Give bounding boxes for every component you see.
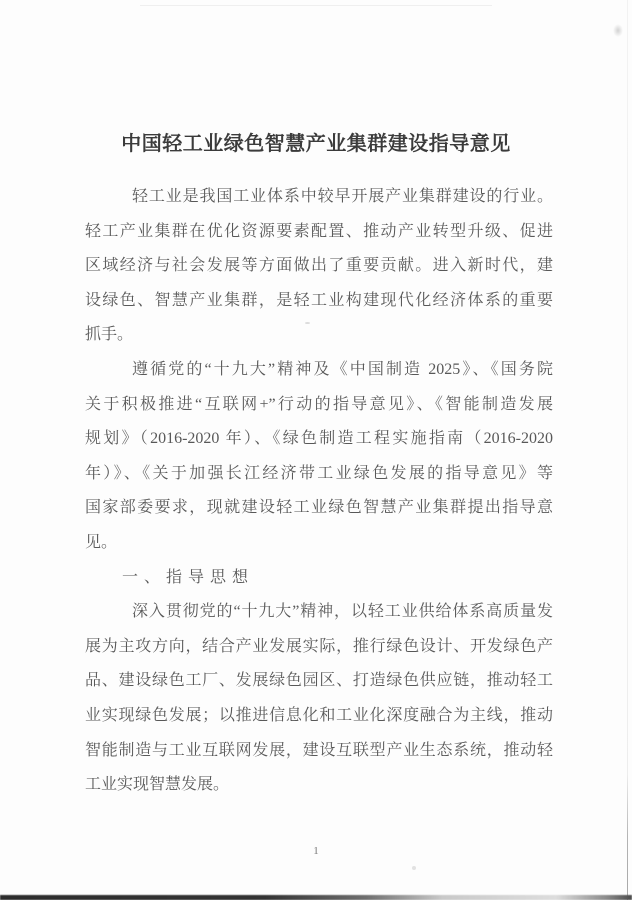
text-line: 见。 — [85, 526, 553, 561]
text-line: 设绿色、智慧产业集群，是轻工业构建现代化经济体系的重要 — [85, 284, 553, 319]
text-line: 深入贯彻党的“十九大”精神，以轻工业供给体系高质量发 — [85, 595, 553, 630]
text-line: 国家部委要求，现就建设轻工业绿色智慧产业集群提出指导意 — [85, 491, 553, 526]
text-line: 抓手。 — [85, 318, 553, 353]
text-line: 品、建设绿色工厂、发展绿色园区、打造绿色供应链，推动轻工 — [85, 664, 553, 699]
scan-smudge — [613, 24, 623, 37]
text-line: 关于积极推进“互联网+”行动的指导意见》、《智能制造发展 — [85, 388, 553, 423]
page-number: 1 — [0, 845, 632, 857]
text-line: 区域经济与社会发展等方面做出了重要贡献。进入新时代，建 — [85, 249, 553, 284]
scan-shadow-bottom — [0, 895, 632, 900]
text-line: 业实现绿色发展；以推进信息化和工业化深度融合为主线，推动 — [85, 699, 553, 734]
document-body: 轻工业是我国工业体系中较早开展产业集群建设的行业。轻工产业集群在优化资源要素配置… — [85, 180, 553, 803]
text-line: 轻工业是我国工业体系中较早开展产业集群建设的行业。 — [85, 180, 553, 215]
text-line: 遵循党的“十九大”精神及《中国制造 2025》、《国务院 — [85, 353, 553, 388]
document-page: 中国轻工业绿色智慧产业集群建设指导意见 轻工业是我国工业体系中较早开展产业集群建… — [0, 0, 632, 900]
document-title: 中国轻工业绿色智慧产业集群建设指导意见 — [0, 127, 632, 156]
text-line: 轻工产业集群在优化资源要素配置、推动产业转型升级、促进 — [85, 215, 553, 250]
scan-line-top-edge — [140, 5, 492, 6]
section-heading: 一、指导思想 — [85, 561, 553, 596]
text-line: 规划》（2016-2020 年）、《绿色制造工程实施指南（2016-2020 — [85, 422, 553, 457]
text-line: 年）》、《关于加强长江经济带工业绿色发展的指导意见》等 — [85, 457, 553, 492]
text-line: 展为主攻方向，结合产业发展实际，推行绿色设计、开发绿色产 — [85, 630, 553, 665]
text-line: 智能制造与工业互联网发展，建设互联型产业生态系统，推动轻 — [85, 734, 553, 769]
text-line: 工业实现智慧发展。 — [85, 768, 553, 803]
scan-speck — [412, 866, 416, 870]
